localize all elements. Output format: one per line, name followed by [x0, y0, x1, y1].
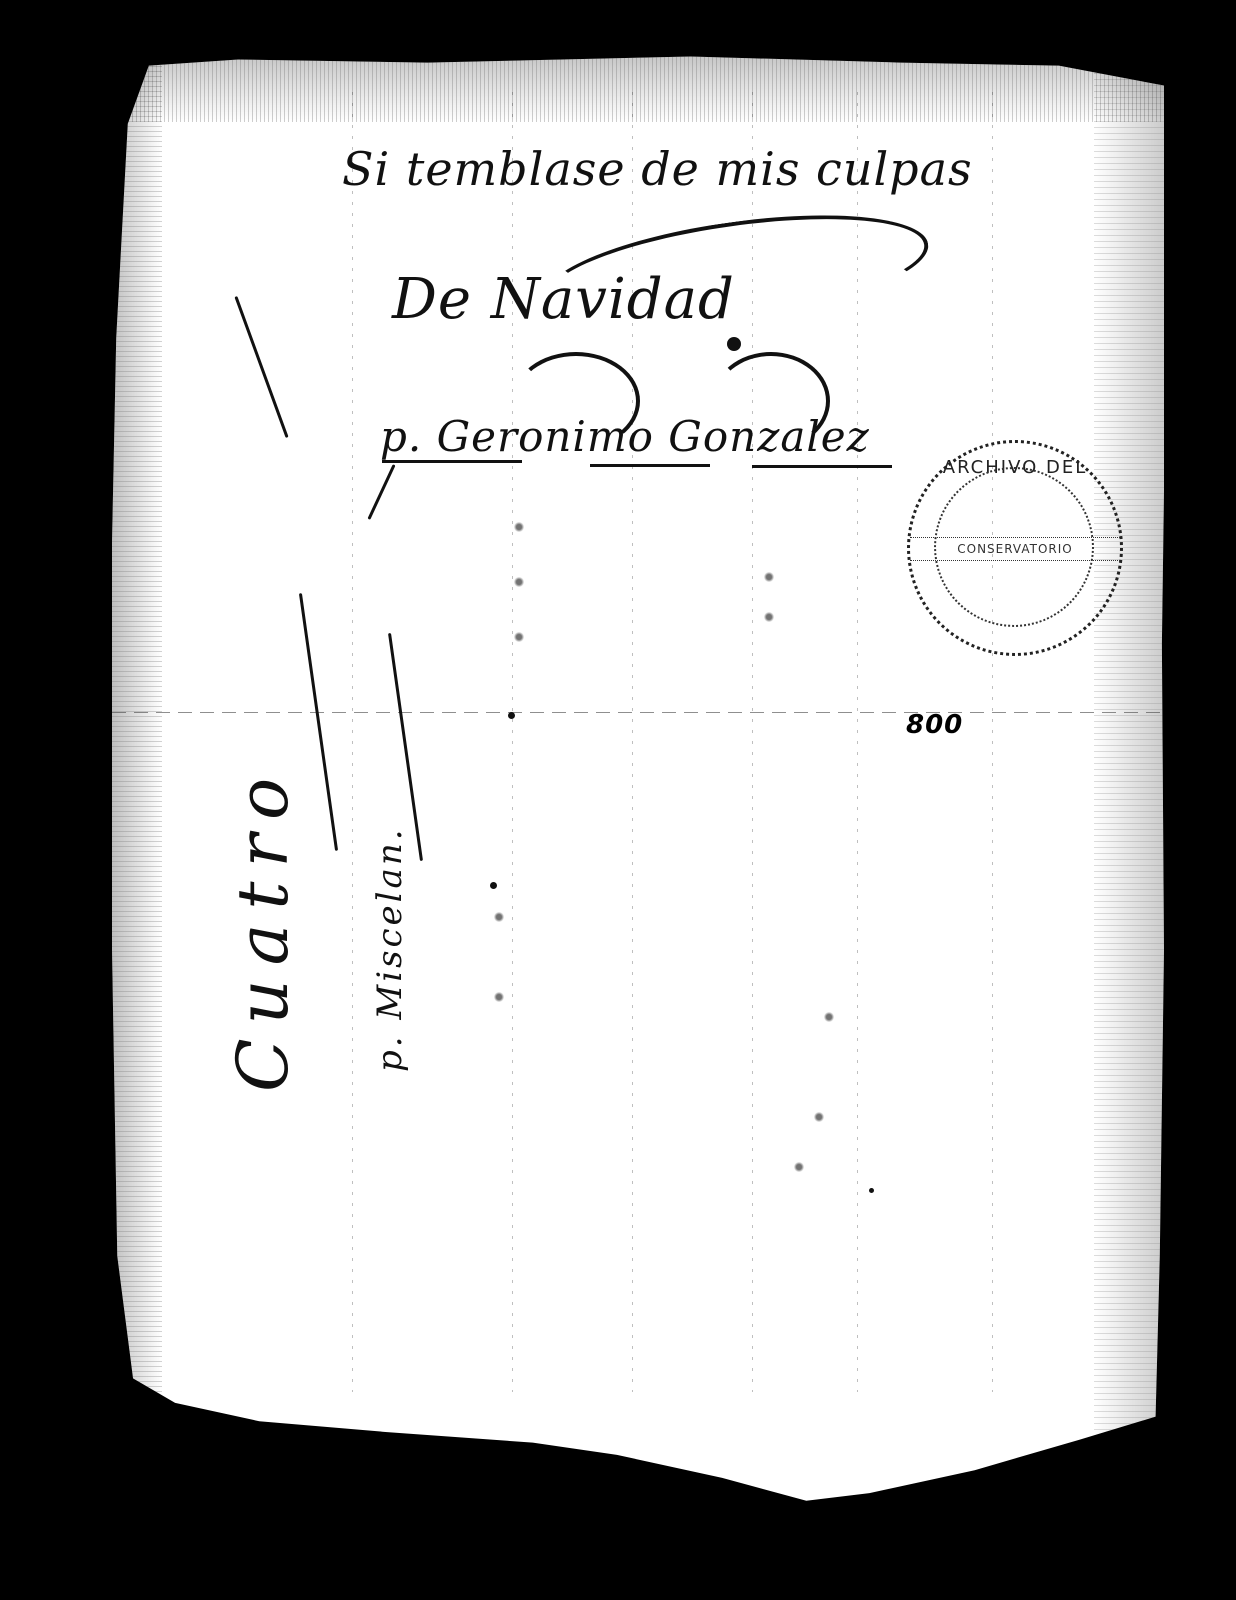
- stamp-middle-text: CONSERVATORIO: [910, 537, 1120, 561]
- margin-stroke: [299, 593, 338, 851]
- title-underline: [382, 460, 522, 463]
- title-line-1: Si temblase de mis culpas: [342, 142, 973, 196]
- archive-stamp: ARCHIVO DEL CONSERVATORIO: [907, 440, 1123, 656]
- paper-edge-wear-right: [1094, 32, 1164, 1562]
- ink-dot: [490, 882, 497, 889]
- margin-stroke: [234, 296, 288, 438]
- title-underline: [752, 465, 892, 468]
- bleed-through-column: [992, 92, 993, 1392]
- paper-speck: [762, 612, 776, 622]
- paper-speck: [492, 912, 506, 922]
- call-number: 800: [906, 710, 963, 740]
- paper-edge-wear-top: [112, 32, 1164, 122]
- margin-vertical-text-1: Cuatro: [222, 764, 304, 1092]
- paper-speck: [512, 522, 526, 532]
- manuscript-page: Si temblase de mis culpas De Navidad p. …: [112, 32, 1164, 1562]
- ink-dot: [508, 712, 515, 719]
- paper-edge-wear-left: [112, 32, 162, 1562]
- paper-speck: [822, 1012, 836, 1022]
- title-line-3: p. Geronimo Gonzalez: [380, 412, 870, 461]
- paper-speck: [512, 577, 526, 587]
- ink-dot: [869, 1188, 874, 1193]
- paper-speck: [762, 572, 776, 582]
- title-line-2: De Navidad: [392, 267, 735, 332]
- ink-blot: [727, 337, 741, 351]
- paper-speck: [512, 632, 526, 642]
- paper-speck: [812, 1112, 826, 1122]
- bleed-through-column: [352, 92, 353, 1392]
- margin-vertical-text-2: p. Miscelan.: [370, 826, 410, 1072]
- paper-speck: [492, 992, 506, 1002]
- paper-speck: [792, 1162, 806, 1172]
- pen-stroke: [367, 464, 395, 520]
- fold-line: [112, 712, 1164, 713]
- title-underline: [590, 464, 710, 467]
